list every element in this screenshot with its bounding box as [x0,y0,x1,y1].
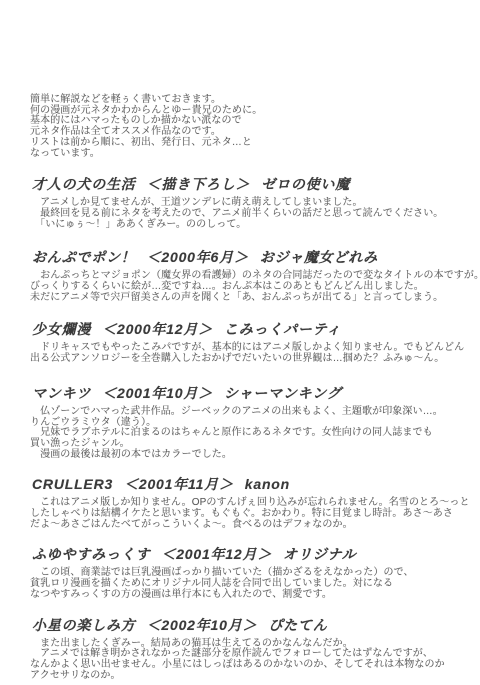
section-date: ＜2001年11月＞ [124,476,234,492]
page-content: 簡単に解説などを軽ぅく書いておきます。 何の漫画が元ネタかわからんとゆー貴兄のた… [0,0,480,681]
section-source-work: ぴたてん [268,617,327,633]
section-ojamajo-doremi: おんぷでポン！＜2000年6月＞おジャ魔女どれみ おんぷっちとマジョポン（魔女界… [30,247,470,303]
intro-line: リストは前から順に、初出、発行日、元ネタ…と [30,138,470,149]
section-source-work: おジャ魔女どれみ [260,249,378,265]
section-source-work: kanon [245,476,290,492]
section-zero-no-tsukaima: 才人の犬の生活＜描き下ろし＞ゼロの使い魔 アニメしか見てませんが、王道ツンデレに… [30,174,470,230]
section-kanon: CRULLER3＜2001年11月＞kanon これはアニメ版しか知りません。O… [30,474,470,530]
section-heading: 小星の楽しみ方＜2002年10月＞ぴたてん [32,615,470,635]
section-body: この頃、商業誌では巨乳漫画ばっかり描いていた（描かざるをえなかった）ので、 貧乳… [30,568,470,600]
section-body: おんぷっちとマジョポン（魔女界の看護婦）のネタの合同誌だったので変なタイトルの本… [30,271,470,303]
section-date: ＜2001年10月＞ [102,385,213,401]
section-source-work: ゼロの使い魔 [261,176,350,192]
section-comic-party: 少女爛漫＜2000年12月＞こみっくパーティ ドリキャスでもやったこみパですが、… [30,319,470,364]
section-original: ふゆやすみっくす＜2001年12月＞オリジナル この頃、商業誌では巨乳漫画ばっか… [30,544,470,600]
intro-paragraph: 簡単に解説などを軽ぅく書いておきます。 何の漫画が元ネタかわからんとゆー貴兄のた… [30,95,470,159]
section-date: ＜2001年12月＞ [161,546,272,562]
section-heading: マンキツ＜2001年10月＞シャーマンキング [32,383,470,403]
section-source-work: オリジナル [283,546,356,562]
section-date: ＜2000年12月＞ [102,321,213,337]
section-source-work: こみっくパーティ [224,321,341,337]
section-heading: ふゆやすみっくす＜2001年12月＞オリジナル [32,544,470,564]
section-work-title: ふゆやすみっくす [32,546,150,562]
section-work-title: 小星の楽しみ方 [32,617,136,633]
section-text-line: だよ～あさごはんたべてがっこういくよ～。食べるのはデフォなのか。 [30,520,470,531]
section-work-title: CRULLER3 [32,476,113,492]
section-work-title: おんぷでポン！ [32,249,136,265]
section-pita-ten: 小星の楽しみ方＜2002年10月＞ぴたてん また出ましたくぎみー。結局あの猫耳は… [30,615,470,682]
section-text-line: 未だにアニメ等で宍戸留美さんの声を聞くと「あ、おんぷっちが出てる」と言ってしまう… [30,293,470,304]
scanned-commentary-page: 簡単に解説などを軽ぅく書いておきます。 何の漫画が元ネタかわからんとゆー貴兄のた… [0,0,480,685]
section-text-line: なつやすみっくすの方の漫画は単行本にも入れたので、割愛です。 [30,590,470,601]
section-work-title: マンキツ [32,385,91,401]
section-body: ドリキャスでもやったこみパですが、基本的にはアニメ版しかよく知りません。でもどん… [30,343,470,364]
section-text-line: 漫画の最後は最初の本ではカラーでした。 [30,450,470,461]
intro-line: なっています。 [30,149,470,160]
section-heading: CRULLER3＜2001年11月＞kanon [32,474,470,494]
section-body: また出ましたくぎみー。結局あの猫耳は生えてるのかなんなんだか。 アニメでは解き明… [30,639,470,682]
section-date: ＜2002年10月＞ [147,617,258,633]
section-text-line: 「いにゅぅ～！」ああくぎみー。ののしって。 [30,220,470,231]
section-body: アニメしか見てませんが、王道ツンデレに萌え萌えしてしまいました。 最終回を見る前… [30,198,470,230]
section-date: ＜2000年6月＞ [147,249,249,265]
section-source-work: シャーマンキング [224,385,342,401]
section-body: これはアニメ版しか知りません。OPのすんげぇ回り込みが忘れられません。名雪のとろ… [30,498,470,530]
section-heading: 才人の犬の生活＜描き下ろし＞ゼロの使い魔 [32,174,470,194]
section-shaman-king: マンキツ＜2001年10月＞シャーマンキング 仏ゾーンでハマった武井作品。ジーベ… [30,383,470,461]
section-work-title: 少女爛漫 [32,321,91,337]
section-text-line: 仏ゾーンでハマった武井作品。ジーベックのアニメの出来もよく、主題歌が印象深い…。 [30,407,470,418]
section-heading: 少女爛漫＜2000年12月＞こみっくパーティ [32,319,470,339]
section-body: 仏ゾーンでハマった武井作品。ジーベックのアニメの出来もよく、主題歌が印象深い…。… [30,407,470,461]
section-text-line: 出る公式アンソロジーを全巻購入したおかげでだいたいの世界観は…掴めた？ふみゅ～ん… [30,354,470,365]
section-heading: おんぷでポン！＜2000年6月＞おジャ魔女どれみ [32,247,470,267]
section-text-line: アクセサリなのか。 [30,671,470,682]
section-date: ＜描き下ろし＞ [147,176,251,192]
section-work-title: 才人の犬の生活 [32,176,136,192]
